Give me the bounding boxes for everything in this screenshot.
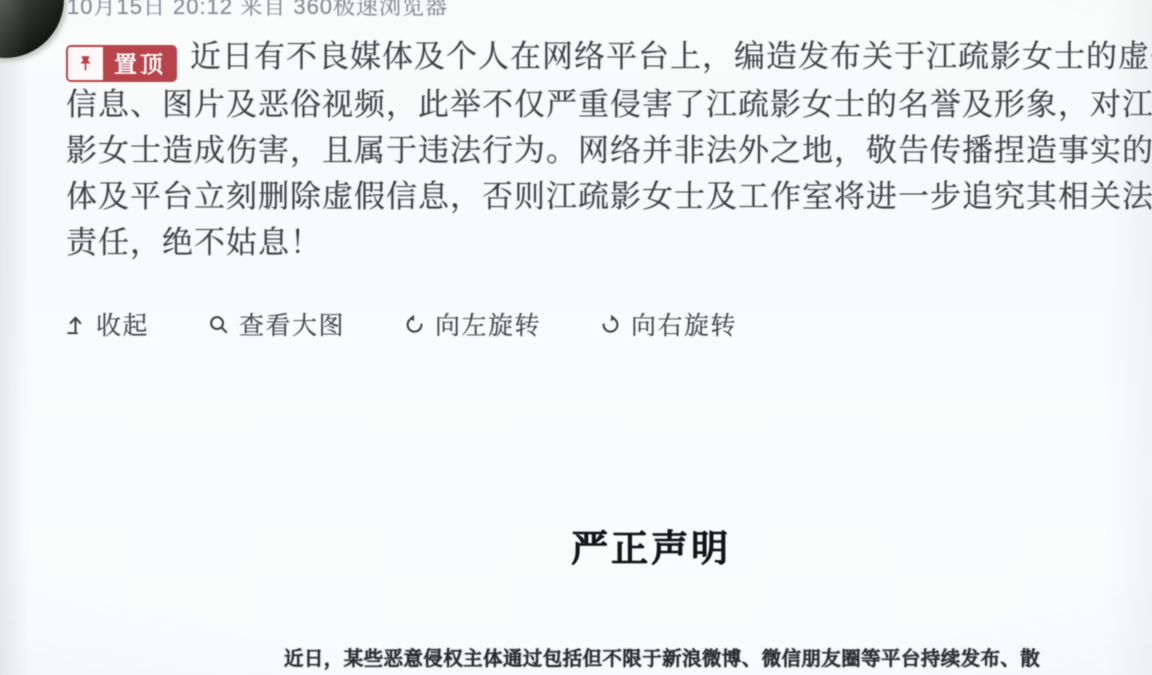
rotate-left-label: 向左旋转 <box>435 306 541 342</box>
statement-image[interactable]: 严正声明 近日，某些恶意侵权主体通过包括但不限于新浪微博、微信朋友圈等平台持续发… <box>0 380 1152 675</box>
post-timestamp[interactable]: 10月15日 20:12 来自 360极速浏览器 <box>67 0 448 21</box>
post-text-line-4: 体及平台立刻删除虚假信息，否则江疏影女士及工作室将进一步追究其相关法律 <box>66 174 1152 220</box>
collapse-icon <box>64 313 87 336</box>
post-line: 置顶 近日有不良媒体及个人在网络平台上，编造发布关于江疏影女士的虚假 <box>66 34 1152 82</box>
statement-body-first-line: 近日，某些恶意侵权主体通过包括但不限于新浪微博、微信朋友圈等平台持续发布、散 <box>284 643 1040 671</box>
view-large-button[interactable]: 查看大图 <box>207 306 345 342</box>
avatar[interactable] <box>0 0 64 58</box>
rotate-right-label: 向右旋转 <box>631 306 737 342</box>
magnifier-icon <box>207 313 230 336</box>
rotate-left-icon <box>403 313 426 336</box>
rotate-left-button[interactable]: 向左旋转 <box>403 306 541 342</box>
pushpin-icon <box>68 47 103 80</box>
collapse-label: 收起 <box>96 306 149 342</box>
rotate-right-icon <box>599 313 622 336</box>
post-text-line-5: 责任，绝不姑息！ <box>66 220 1152 266</box>
post-text-line-3: 影女士造成伤害，且属于违法行为。网络并非法外之地，敬告传播捏造事实的个 <box>66 128 1152 174</box>
photo-content: 10月15日 20:12 来自 360极速浏览器 置顶 近日有不良媒体及个人在网… <box>0 0 1152 675</box>
rotate-right-button[interactable]: 向右旋转 <box>599 306 737 342</box>
image-toolbar: 收起 查看大图 向左旋转 <box>64 306 737 342</box>
pinned-badge-label: 置顶 <box>103 47 175 80</box>
post-text-line-1: 近日有不良媒体及个人在网络平台上，编造发布关于江疏影女士的虚假 <box>190 39 1152 74</box>
weibo-post-screenshot: 10月15日 20:12 来自 360极速浏览器 置顶 近日有不良媒体及个人在网… <box>0 0 1152 675</box>
post-text-line-2: 信息、图片及恶俗视频，此举不仅严重侵害了江疏影女士的名誉及形象，对江疏 <box>66 82 1152 128</box>
collapse-button[interactable]: 收起 <box>64 306 149 342</box>
pinned-badge: 置顶 <box>66 45 177 82</box>
statement-title: 严正声明 <box>571 518 731 572</box>
view-large-label: 查看大图 <box>239 306 345 342</box>
post-body: 置顶 近日有不良媒体及个人在网络平台上，编造发布关于江疏影女士的虚假 信息、图片… <box>66 34 1152 266</box>
